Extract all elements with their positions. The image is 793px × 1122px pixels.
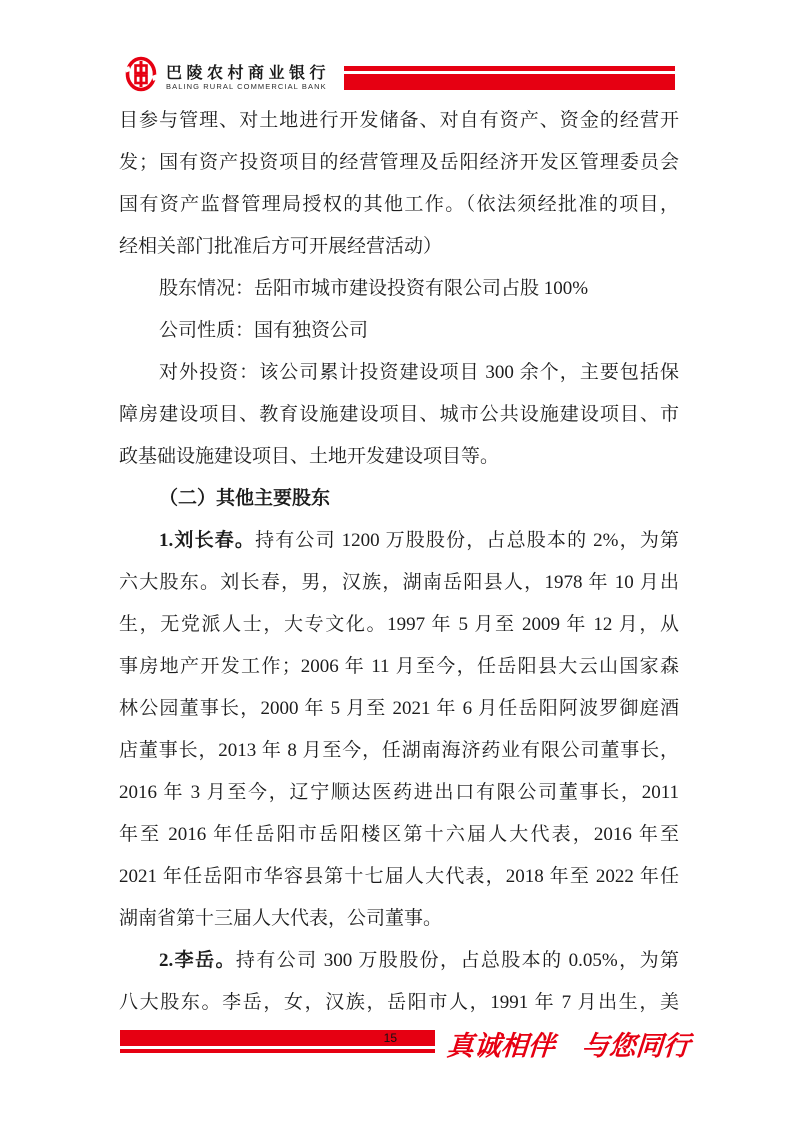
page-number: 15 bbox=[384, 1030, 397, 1046]
text-line: 湖南省第十三届人大代表，公司董事。 bbox=[119, 898, 679, 940]
text-line: 目参与管理、对土地进行开发储备、对自有资产、资金的经营开 bbox=[119, 100, 679, 142]
text-line: 年至 2016 年任岳阳市岳阳楼区第十六届人大代表，2016 年至 bbox=[119, 814, 679, 856]
text-line: 国有资产监督管理局授权的其他工作。（依法须经批准的项目， bbox=[119, 184, 679, 226]
text-line: 2.李岳。持有公司 300 万股股份，占总股本的 0.05%，为第 bbox=[119, 940, 679, 982]
text-line: 经相关部门批准后方可开展经营活动） bbox=[119, 226, 679, 268]
text-line: 发；国有资产投资项目的经营管理及岳阳经济开发区管理委员会 bbox=[119, 142, 679, 184]
text-line: 生，无党派人士，大专文化。1997 年 5 月至 2009 年 12 月，从 bbox=[119, 604, 679, 646]
document-page: 巴陵农村商业银行 BALING RURAL COMMERCIAL BANK 目参… bbox=[0, 0, 793, 1122]
text-line: 2016 年 3 月至今，辽宁顺达医药进出口有限公司董事长，2011 bbox=[119, 772, 679, 814]
bank-coin-logo-icon bbox=[125, 56, 157, 92]
footer-rule-thin bbox=[120, 1049, 435, 1053]
text-line: 店董事长，2013 年 8 月至今，任湖南海济药业有限公司董事长， bbox=[119, 730, 679, 772]
text-line: 对外投资：该公司累计投资建设项目 300 余个，主要包括保 bbox=[119, 352, 679, 394]
header-rule-thin bbox=[344, 66, 675, 71]
header-rule-thick bbox=[344, 74, 675, 90]
text-line: 2021 年任岳阳市华容县第十七届人大代表，2018 年至 2022 年任 bbox=[119, 856, 679, 898]
section-heading: （二）其他主要股东 bbox=[119, 478, 679, 520]
footer-rule-thick: 15 bbox=[120, 1030, 435, 1046]
document-body: 目参与管理、对土地进行开发储备、对自有资产、资金的经营开 发；国有资产投资项目的… bbox=[119, 100, 679, 1024]
text-line: 六大股东。刘长春，男，汉族，湖南岳阳县人，1978 年 10 月出 bbox=[119, 562, 679, 604]
text-line: 公司性质：国有独资公司 bbox=[119, 310, 679, 352]
bank-name-english: BALING RURAL COMMERCIAL BANK bbox=[166, 82, 327, 91]
bank-name: 巴陵农村商业银行 bbox=[166, 60, 330, 83]
text-line: 林公园董事长，2000 年 5 月至 2021 年 6 月任岳阳阿波罗御庭酒 bbox=[119, 688, 679, 730]
text-line: 1.刘长春。持有公司 1200 万股股份，占总股本的 2%，为第 bbox=[119, 520, 679, 562]
text-line: 股东情况：岳阳市城市建设投资有限公司占股 100% bbox=[119, 268, 679, 310]
text-line: 事房地产开发工作；2006 年 11 月至今，任岳阳县大云山国家森 bbox=[119, 646, 679, 688]
text-line: 八大股东。李岳，女，汉族，岳阳市人，1991 年 7 月出生，美 bbox=[119, 982, 679, 1024]
bank-slogan: 真诚相伴 与您同行 bbox=[446, 1024, 709, 1063]
text-line: 政基础设施建设项目、土地开发建设项目等。 bbox=[119, 436, 679, 478]
text-line: 障房建设项目、教育设施建设项目、城市公共设施建设项目、市 bbox=[119, 394, 679, 436]
